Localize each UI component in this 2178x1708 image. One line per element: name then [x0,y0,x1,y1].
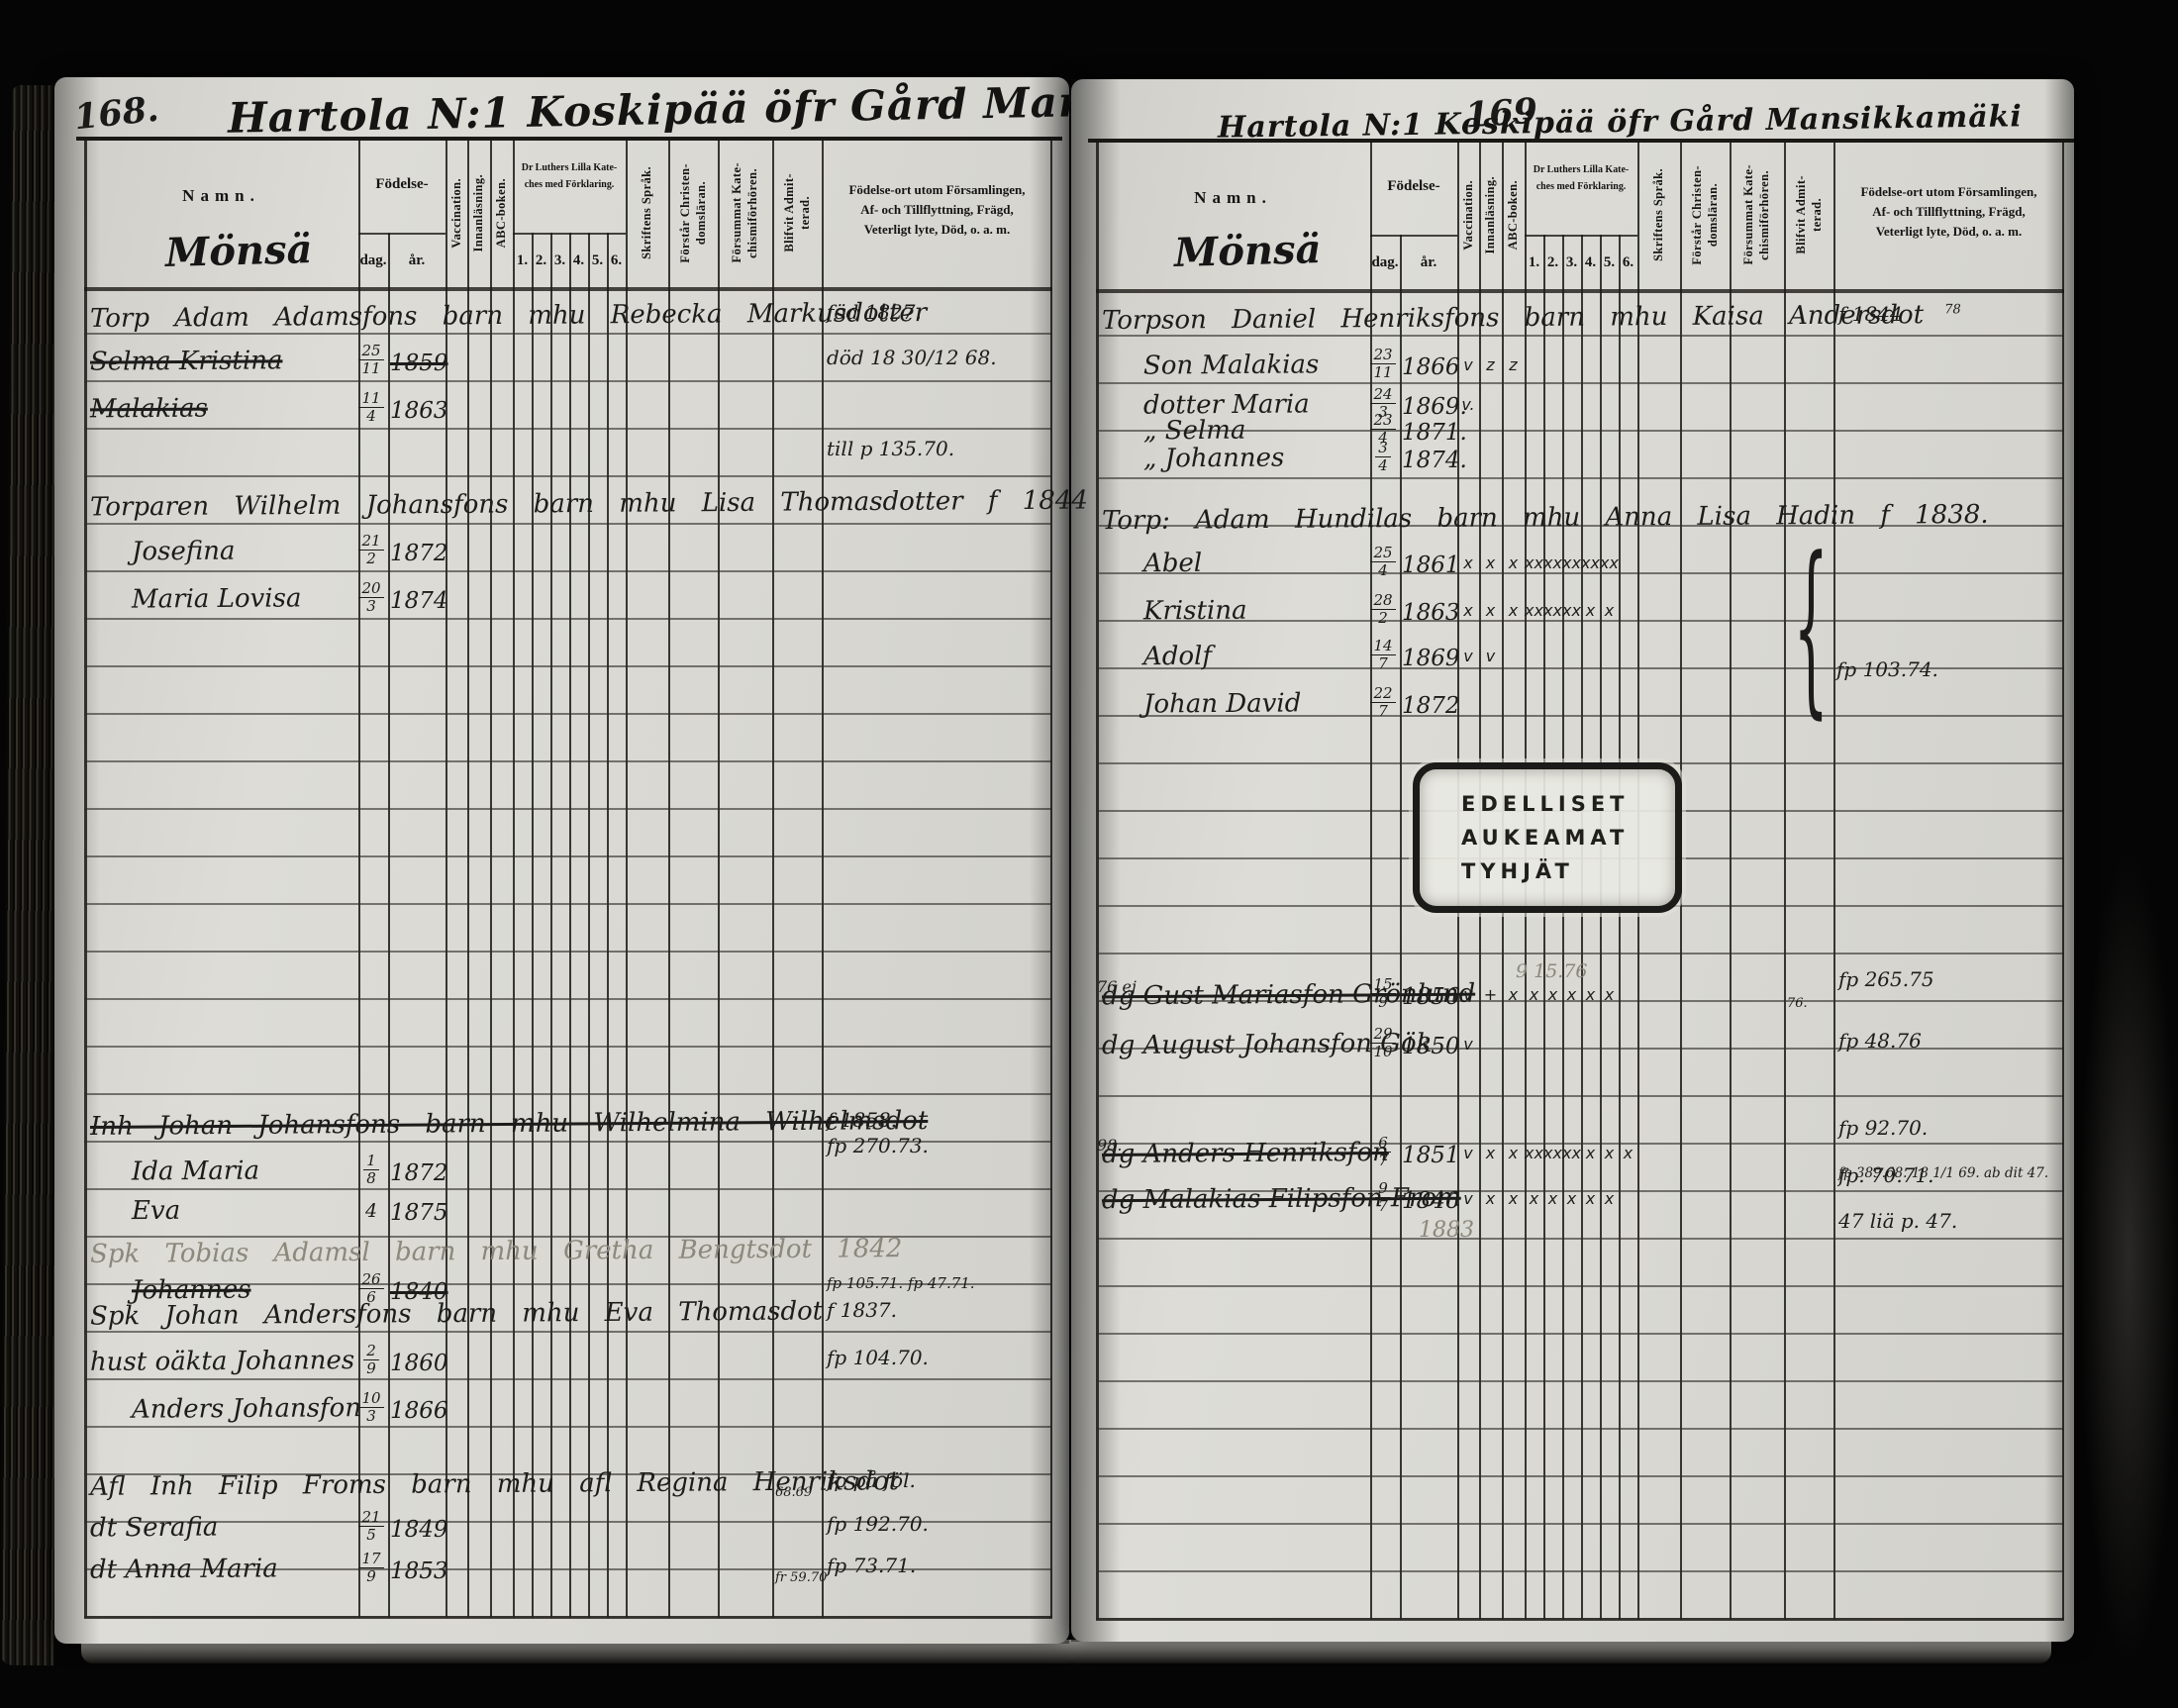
entry-check-mark: xx [1562,553,1581,572]
rule-line [1096,1190,2064,1192]
entry-birth-day-num: 11 [358,390,383,408]
rule-line [84,1616,1052,1618]
page-left: 168. Hartola N:1 Koskipää öfr Gård Mansi… [54,77,1069,1644]
table-entry-row: dg Malakias Filipsfon From971846vxxxxxxx… [1096,1180,2064,1226]
table-entry-row: dt Anna Maria1791853fp 73.71.fr 59.70 [84,1551,1052,1596]
column-subheader-kat: 1. [513,235,532,287]
entry-birth-day-num: 29 [1370,1026,1395,1044]
table-entry-row: Johan David2271872 [1096,685,2064,731]
entry-name: Torp Adam Adamsfons barn mhu Rebecka Mar… [90,298,927,334]
entry-birth-day: 243 [1364,386,1402,420]
column-subheader-ar: år. [388,235,445,287]
rule-line [84,428,1052,430]
column-header-blifvit: Blifvit Admit-terad. [1784,141,1833,289]
rule-line [1096,1428,2064,1430]
entry-check-mark: xx [1600,553,1619,572]
entry-birth-day: 179 [352,1551,390,1584]
entry-name: Afl Inh Filip Froms barn mhu afl Regina … [90,1466,899,1502]
entry-birth-year: 1851 [1402,1143,1460,1168]
entry-birth-day: 234 [1364,412,1402,446]
column-header-notes-line: Födelse-ort utom Församlingen, [1833,182,2064,202]
entry-check-mark: x [1619,1144,1637,1162]
entry-check-mark: xx [1525,601,1543,620]
entry-name: dg August Johansfon Gök [1102,1029,1433,1060]
column-header-notes-line: Födelse-ort utom Församlingen, [822,180,1052,200]
column-header-forstar: Förstår Christen-domsläran. [1680,141,1730,289]
column-header-skriftens: Skriftens Språk. [1637,141,1680,289]
rule-line [84,1046,1052,1048]
entry-birth-month: 3 [1364,404,1402,421]
entry-check-mark: xx [1581,553,1600,572]
entry-birth-year: 1861 [1402,553,1460,578]
rule-line [1096,430,2064,432]
column-header-notes-line: Veterligt lyte, Död, o. a. m. [1833,222,2064,242]
entry-birth-day-num: 20 [358,580,383,598]
scanned-book-photo: 168. Hartola N:1 Koskipää öfr Gård Mansi… [0,0,2178,1708]
entry-small-note: fr 59.70 [775,1570,827,1585]
entry-name: Torpson Daniel Henriksfons barn mhu Kais… [1102,300,1961,336]
table-body: Torp Adam Adamsfons barn mhu Rebecka Mar… [84,287,1052,1618]
rule-line [84,1093,1052,1095]
column-header-luthers-line: ches med Förklaring. [1528,179,1634,196]
entry-birth-day-num: 23 [1370,412,1395,430]
rule-line [1096,1238,2064,1240]
column-header-blifvit-line: Blifvit Admit- [1794,175,1809,254]
column-header-vaccination-label: Vaccination. [1461,180,1476,251]
rule-line [1096,525,2064,527]
section-heading-left: Mönsä [164,226,313,276]
column-header-forstar-line: Förstår Christen- [1690,165,1705,265]
entry-birth-day: 18 [352,1153,390,1186]
entry-check-mark: xx [1543,553,1562,572]
entry-birth-day-num: 22 [1370,685,1395,703]
entry-superscript: 78 [1924,302,1961,317]
column-header-luthers: Dr Luthers Lilla Kate-ches med Förklarin… [516,160,623,194]
entry-birth-day-num: 21 [358,533,383,551]
entry-note: f 1844 [1838,302,1903,326]
column-subheader-kat: 4. [569,235,588,287]
rule-line [1096,477,2064,479]
column-header-notes: Födelse-ort utom Församlingen,Af- och Ti… [1833,182,2064,242]
column-header-forstar: Förstår Christen-domsläran. [668,139,718,287]
entry-birth-day-num: 25 [358,343,383,360]
column-subheader-kat: 5. [1600,237,1619,289]
column-subheader-kat: 2. [1543,237,1562,289]
entry-birth-day: 215 [352,1509,390,1543]
rule-line [1096,1333,2064,1335]
column-subheader-kat: 1. [1525,237,1543,289]
rule-line [84,665,1052,667]
entry-name: Spk Johan Andersfons barn mhu Eva Thomas… [90,1296,823,1331]
entry-name: „ Johannes [1143,444,1284,474]
entry-birth-day: 97 [1364,1180,1402,1214]
entry-birth-day: 227 [1364,685,1402,719]
rule-line [84,713,1052,715]
entry-birth-month: 7 [1364,1198,1402,1215]
entry-birth-day-num: 21 [358,1509,383,1527]
entry-birth-month: 9 [352,1360,390,1377]
entry-note: f 1858. [827,1108,897,1132]
rule-line [1096,1048,2064,1050]
rule-line [1096,1475,2064,1477]
rule-line [84,1378,1052,1380]
entry-name: Torp: Adam Hundilas barn mhu Anna Lisa H… [1102,500,1989,536]
table-entry-row: Inh Johan Johansfons barn mhu Wilhelmina… [84,1105,1052,1151]
entry-birth-day-num: 24 [1370,386,1395,404]
entry-birth-month: 6 [352,1289,390,1306]
entry-birth-year: 1853 [390,1558,448,1584]
entry-birth-year: 1863 [390,398,448,424]
entry-birth-month: 4 [352,408,390,425]
rule-line [84,760,1052,762]
entry-birth-year: 1872 [390,1160,448,1186]
page-right: 169 Hartola N:1 Koskipää öfr Gård Mansik… [1071,79,2074,1642]
table-entry-row: Kristina2821863xxxxxxxxxxx [1096,592,2064,638]
table-entry-row: dt Serafia2151849fp 192.70. [84,1509,1052,1555]
column-header-innanlasning: Innanläsning. [467,139,490,287]
table-entry-row: Ida Maria181872 [84,1153,1052,1198]
rule-line [84,998,1052,1000]
column-header-abc-label: ABC-boken. [1506,180,1521,250]
entry-note: död 18 30/12 68. [827,346,997,369]
entry-name: Anders Johansfon [132,1393,361,1425]
table-entry-row: Spk Johan Andersfons barn mhu Eva Thomas… [84,1295,1052,1341]
entry-birth-day: 203 [352,580,390,614]
entry-note: fp 92.70. [1838,1116,1928,1140]
entry-birth-year: 1866 [390,1398,448,1424]
entry-birth-day-num: 23 [1370,347,1395,364]
paper-edge-smudge [2079,852,2178,1663]
entry-birth-day-num: 25 [1370,545,1395,562]
entry-name: Maria Lovisa [132,583,302,614]
column-header-forsummat: Försummat Kate-chismiförhören. [718,139,772,287]
entry-birth-day: 4 [352,1200,390,1222]
stamp-line: TYHJÄT [1461,859,1675,883]
entry-prefix-note: 98. [1097,1136,1122,1155]
column-header-luthers-line: Dr Luthers Lilla Kate- [516,160,623,177]
entry-birth-day: 103 [352,1390,390,1424]
entry-small-note: 76. [1787,996,1808,1011]
entry-note: fp 73.71. [827,1554,916,1577]
rule-line [84,1188,1052,1190]
entry-name: dg Malakias Filipsfon From [1102,1183,1461,1216]
rule-line [84,1426,1052,1428]
table-entry-row: „ Selma2341871. [1096,412,2064,457]
column-header-forstar-line: Förstår Christen- [678,163,693,263]
entry-birth-month: 2 [352,551,390,567]
entry-check-mark: x [1581,1144,1600,1162]
rule-line [84,1568,1052,1570]
rule-line [84,618,1052,620]
entry-birth-day-num: 1 [363,1153,379,1170]
rule-line [84,333,1052,335]
column-header-fodelse: Födelse- [358,176,445,193]
column-header-notes-line: Af- och Tillflyttning, Frägd, [1833,202,2064,222]
entry-check-mark: x [1581,601,1600,620]
column-header-vaccination: Vaccination. [1457,141,1479,289]
entry-check-mark: xx [1543,601,1562,620]
column-header-innanlasning: Innanläsning. [1479,141,1502,289]
table-entry-row: 76 ejdg Gust Mariasfon Grönlund1591856v+… [1096,976,2064,1022]
entry-birth-month: 11 [1364,364,1402,381]
rule-line [1096,1000,2064,1002]
entry-birth-month: 10 [1364,1044,1402,1060]
rule-line [84,475,1052,477]
rule-line [84,1473,1052,1475]
entry-birth-year: 1863 [1402,600,1460,626]
entry-birth-year: 1856 [1402,984,1460,1010]
rule-line [84,1331,1052,1333]
column-header-blifvit: Blifvit Admit-terad. [772,139,822,287]
table-entry-row: Anders Johansfon1031866 [84,1390,1052,1436]
entry-note: fp 192.70. [827,1512,929,1536]
table-entry-row: Johannes2661840fp 105.71. fp 47.71. [84,1271,1052,1317]
entry-check-mark: xx [1525,553,1543,572]
entry-check-mark: xx [1543,1144,1562,1162]
entry-birth-day: 114 [352,390,390,424]
column-subheader-ar: år. [1400,237,1457,289]
entry-note: fp 265.75 [1838,967,1934,991]
column-header-vaccination-label: Vaccination. [449,178,464,249]
entry-birth-day-num: 3 [1375,440,1391,457]
entry-name: Son Malakias [1143,350,1320,380]
column-header-blifvit-line: Blifvit Admit- [782,173,797,252]
column-subheader-dag: dag. [1370,237,1400,289]
table-entry-row: Torp: Adam Hundilas barn mhu Anna Lisa H… [1096,499,2064,545]
column-header-forsummat-line: chismiförhören. [745,168,760,258]
page-title-left: Hartola N:1 Koskipää öfr Gård Mansikkamä… [228,80,922,142]
table-entry-row: Torp Adam Adamsfons barn mhu Rebecka Mar… [84,297,1052,343]
entry-check-mark: v [1457,1144,1479,1162]
rule-line [84,903,1052,905]
entry-note: fp. 70.71. [1838,1163,1934,1187]
entry-birth-day: 147 [1364,638,1402,671]
entry-check-mark: v [1457,355,1479,374]
entry-check-mark: x [1479,601,1502,620]
table-entry-row: Son Malakias23111866vzz [1096,347,2064,392]
column-subheader-kat: 4. [1581,237,1600,289]
entry-name: Spk Tobias Adamsl barn mhu Gretha Bengts… [90,1234,903,1269]
rule-line [84,855,1052,857]
rule-line [1096,953,2064,954]
entry-birth-day: 2511 [352,343,390,376]
entry-check-mark: z [1479,355,1502,374]
column-header-skriftens: Skriftens Språk. [626,139,668,287]
entry-birth-year: 1874. [1402,448,1467,473]
rule-line [1525,235,1637,237]
entry-name: dt Serafia [90,1513,219,1544]
stamp-line: EDELLISET [1461,792,1675,816]
entry-note: fp på föl. [827,1468,916,1492]
entry-prefix-note: 76 ej [1097,977,1137,996]
entry-birth-day-num: 17 [358,1551,383,1568]
column-subheader-kat: 2. [532,235,550,287]
entry-check-mark: xx [1562,601,1581,620]
column-header-luthers-line: Dr Luthers Lilla Kate- [1528,162,1634,179]
column-header-skriftens-label: Skriftens Språk. [1651,168,1666,261]
column-header-notes-line: Veterligt lyte, Död, o. a. m. [822,220,1052,240]
section-heading-right: Mönsä [1173,226,1322,276]
entry-check-mark: x [1457,601,1479,620]
table-entry-row: 98.dg Anders Henriksfon671851vxxxxxxxxxx… [1096,1135,2064,1180]
entry-check-mark: xx [1562,1144,1581,1162]
table-entry-row: Abel2541861xxxxxxxxxxxxx [1096,545,2064,590]
rule-line [84,1521,1052,1523]
rule-line [84,523,1052,525]
rule-line [1096,335,2064,337]
column-header-blifvit-line: terad. [798,196,813,230]
grouping-brace: { [1793,517,1829,736]
entry-name: Inh Johan Johansfons barn mhu Wilhelmina… [90,1106,929,1142]
column-header-forsummat-line: Försummat Kate- [730,162,744,262]
entry-birth-month: 4 [1364,562,1402,579]
column-subheader-kat: 6. [607,235,626,287]
stamp-line: AUKEAMAT [1461,826,1675,850]
entry-birth-day: 2910 [1364,1026,1402,1059]
column-header-abc-label: ABC-boken. [494,178,509,248]
rule-line [84,380,1052,382]
entry-check-mark: x [1479,1144,1502,1162]
table-entry-row: Eva41875 [84,1192,1052,1238]
entry-birth-day-num: 15 [1370,976,1395,994]
entry-note: f 1837. [827,1298,897,1322]
entry-note: föd 1827. [827,300,922,324]
entry-name: Malakias [90,394,208,425]
entry-birth-year: 1869. [1402,394,1467,420]
table-entry-row: Torpson Daniel Henriksfons barn mhu Kais… [1096,299,2064,345]
entry-note: 47 liä p. 47. [1838,1209,1957,1233]
rule-line [84,570,1052,572]
column-subheader-kat: 6. [1619,237,1637,289]
column-header-namn: Namn. [1096,188,1370,208]
rule-line [84,1236,1052,1238]
brace-note: fp 103.74. [1836,657,1938,681]
entry-check-mark: x [1502,1144,1525,1162]
entry-name: Josefina [132,537,236,567]
entry-note: fp 104.70. [827,1346,929,1369]
entry-birth-month: 8 [352,1170,390,1187]
entry-birth-month: 3 [352,1408,390,1425]
entry-birth-day-num: 14 [1370,638,1395,655]
entry-birth-day: 266 [352,1271,390,1305]
column-header-innanlasning-label: Innanläsning. [471,174,486,252]
entry-name: Johannes [132,1275,251,1306]
column-subheader-kat: 3. [1562,237,1581,289]
column-header-fodelse: Födelse- [1370,178,1457,195]
column-header-notes: Födelse-ort utom Församlingen,Af- och Ti… [822,180,1052,240]
rule-line [1096,1143,2064,1145]
table-entry-row: Afl Inh Filip Froms barn mhu afl Regina … [84,1465,1052,1511]
entry-name: dg Gust Mariasfon Grönlund [1102,979,1475,1012]
entry-birth-day: 2311 [1364,347,1402,380]
column-header-forstar-line: domsläran. [694,181,709,245]
column-header-forsummat-line: chismiförhören. [1757,170,1772,260]
entry-birth-day-num: 2 [363,1343,379,1360]
rule-line [1096,1523,2064,1525]
entry-check-mark: x [1479,553,1502,572]
entry-note: fp 270.73. [827,1134,929,1157]
rule-line [1096,1570,2064,1572]
entry-birth-year: 1874 [390,588,448,614]
entry-birth-year: 1850 [1402,1034,1460,1059]
entry-name: hust oäkta Johannes [90,1346,354,1377]
column-header-abc: ABC-boken. [1502,141,1525,289]
entry-name: Eva [132,1196,180,1226]
entry-birth-month: 4 [1364,457,1402,474]
entry-birth-day: 29 [352,1343,390,1376]
column-line [2062,141,2065,1620]
rule-line [1096,572,2064,574]
rule-line [1096,620,2064,622]
entry-name: dotter Maria [1143,389,1310,420]
entry-note: fp 389.68. 18 1/1 69. ab dit 47. [1838,1165,2048,1181]
entry-name: Selma Kristina [90,346,283,376]
rule-line [1096,1285,2064,1287]
record-table-left: Namn.Födelse-dag.år.Vaccination.Innanläs… [84,139,1052,1618]
entry-birth-day-num: 28 [1370,592,1395,610]
entry-note: till p 135.70. [827,437,954,460]
rule-line [1096,1380,2064,1382]
column-header-blifvit-line: terad. [1810,198,1825,232]
entry-birth-year: 1860 [390,1351,448,1376]
table-entry-row: hust oäkta Johannes291860fp 104.70. [84,1343,1052,1388]
rule-line [84,1141,1052,1143]
archive-stamp: EDELLISET AUKEAMAT TYHJÄT [1413,762,1682,913]
rule-line [1096,382,2064,384]
entry-birth-year: 1859 [390,351,448,376]
entry-name: Ida Maria [132,1156,259,1187]
page-number-left: 168. [72,89,160,139]
column-header-forsummat-line: Försummat Kate- [1741,164,1756,264]
entry-birth-day-num: 26 [358,1271,383,1289]
entry-pencil-note: 9 15.76 [1516,960,1588,982]
entry-check-mark: x [1502,553,1525,572]
entry-check-mark: x [1600,601,1619,620]
entry-birth-year: 1872 [390,541,448,566]
column-subheader-kat: 3. [550,235,569,287]
column-header-notes-line: Af- och Tillflyttning, Frägd, [822,200,1052,220]
entry-birth-day: 212 [352,533,390,566]
column-subheader-dag: dag. [358,235,388,287]
entry-birth-month: 11 [352,360,390,377]
entry-birth-month: 5 [352,1527,390,1544]
rule-line [358,233,445,235]
rule-line [1370,235,1457,237]
column-header-vaccination: Vaccination. [445,139,467,287]
entry-check-mark: v [1479,647,1502,665]
entry-name: Torparen Wilhelm Johansfons barn mhu Lis… [90,485,1088,522]
table-entry-row: Spk Tobias Adamsl barn mhu Gretha Bengts… [84,1233,1052,1278]
column-subheader-kat: 5. [588,235,607,287]
column-header-forstar-line: domsläran. [1706,183,1721,247]
rule-line [1096,1095,2064,1097]
column-header-luthers: Dr Luthers Lilla Kate-ches med Förklarin… [1528,162,1634,196]
entry-birth-day: 67 [1364,1135,1402,1168]
rule-line [84,951,1052,953]
column-header-innanlasning-label: Innanläsning. [1483,176,1498,254]
table-entry-row: dotter Maria2431869.v. [1096,386,2064,432]
entry-birth-day-num: 10 [358,1390,383,1408]
column-header-abc: ABC-boken. [490,139,513,287]
entry-small-note: 68.69 [775,1485,812,1500]
entry-check-mark: x [1457,553,1479,572]
entry-birth-year: 1871. [1402,420,1467,446]
entry-birth-month: 7 [1364,1153,1402,1169]
entry-check-mark: z [1502,355,1525,374]
entry-check-mark: v [1457,647,1479,665]
entry-check-mark: v [1457,1035,1479,1054]
entry-check-mark: v. [1457,395,1479,414]
